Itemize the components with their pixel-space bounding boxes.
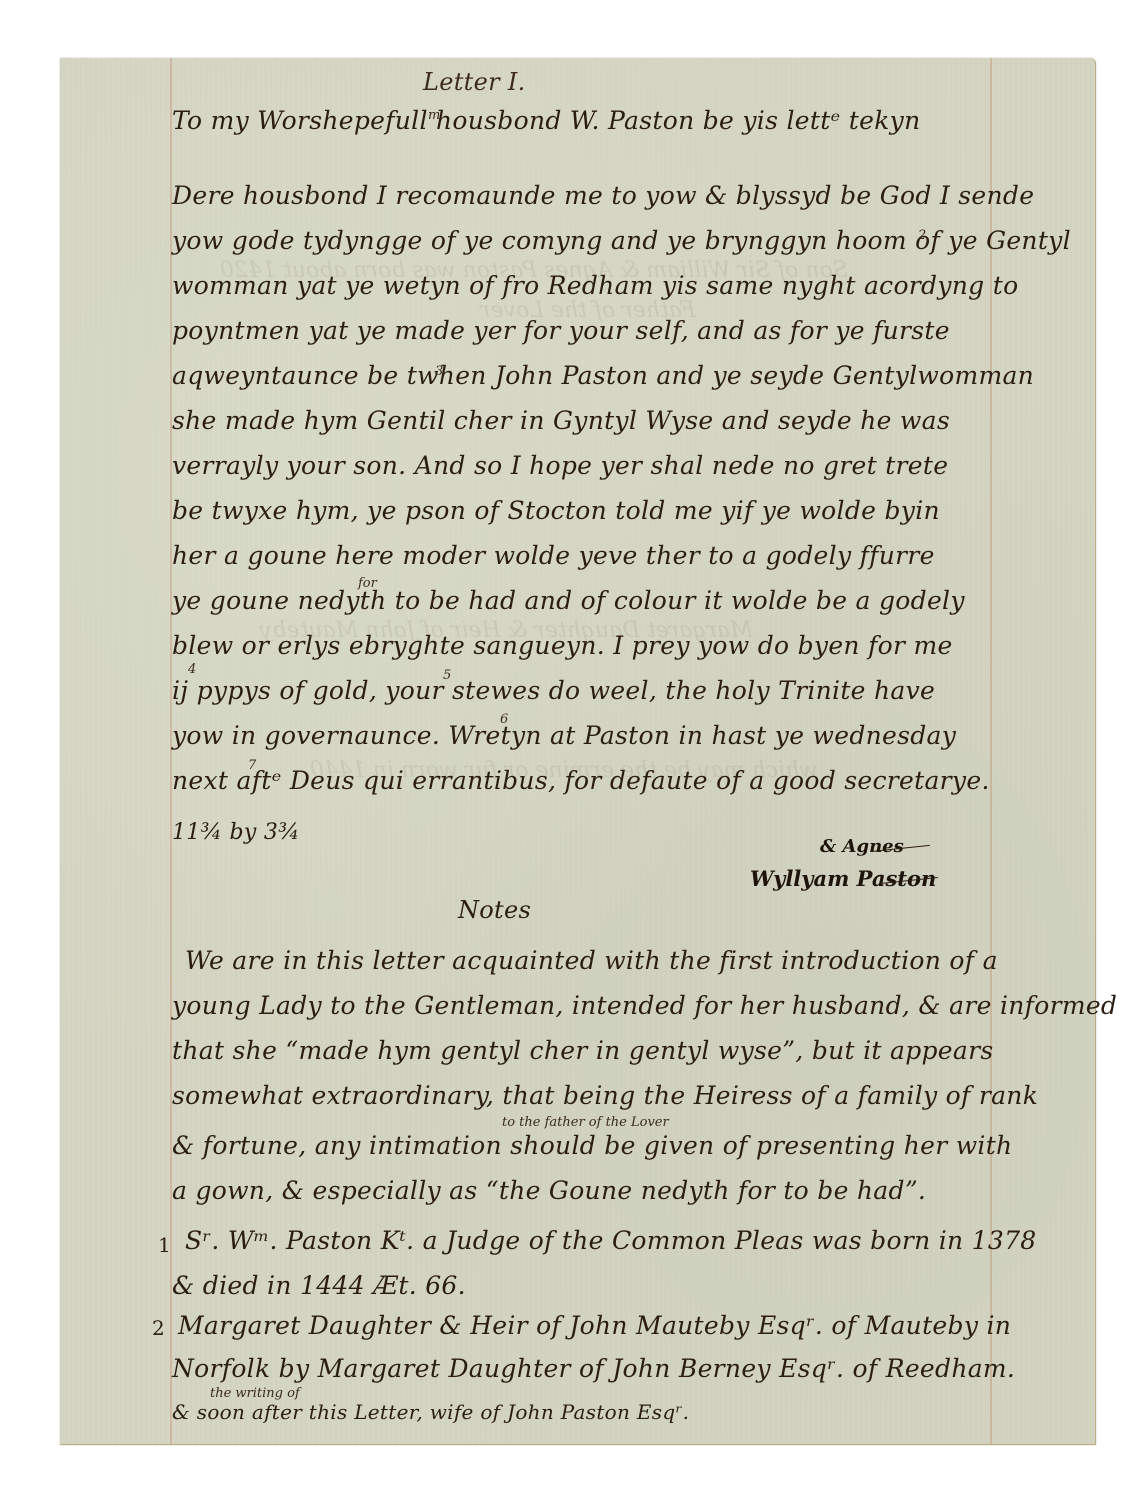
footnote-line: Margaret Daughter & Heir of John Mauteby… <box>178 1311 1011 1341</box>
letter-line: her a goune here moder wolde yeve ther t… <box>172 541 935 571</box>
letter-line: blew or erlys ebryghte sangueyn. I prey … <box>172 631 953 661</box>
footnote-line: & soon after this Letter, wife of John P… <box>172 1400 689 1424</box>
interlinear-insertion: for <box>358 576 377 591</box>
letter-line: aqweyntaunce be twhen John Paston and ye… <box>172 361 1034 391</box>
letter-line: yow gode tydyngge of ye comyng and ye br… <box>172 226 1071 256</box>
footnote-marker: 2 <box>918 228 926 243</box>
footnote-marker: 5 <box>443 668 451 683</box>
letter-line: yow in governaunce. Wretyn at Paston in … <box>172 721 956 751</box>
notes-line: We are in this letter acquainted with th… <box>185 946 998 976</box>
notes-line: & fortune, any intimation should be give… <box>172 1131 1012 1161</box>
notes-line: that she “made hym gentyl cher in gentyl… <box>172 1036 994 1066</box>
interlinear-insertion: the writing of <box>210 1386 300 1401</box>
dimensions-note: 11¾ by 3¾ <box>172 820 300 845</box>
footnote-marker: 6 <box>500 712 508 727</box>
footnote-line: Sʳ. Wᵐ. Paston Kᵗ. a Judge of the Common… <box>185 1226 1036 1256</box>
letter-line: womman yat ye wetyn of fro Redham yis sa… <box>172 271 1018 301</box>
letter-line: poyntmen yat ye made yer for your self, … <box>172 316 950 346</box>
footnote-line: & died in 1444 Æt. 66. <box>172 1271 466 1301</box>
notes-heading: Notes <box>458 896 531 924</box>
letter-line: ij pypys of gold, your stewes do weel, t… <box>172 676 935 706</box>
signature-line-1: & Agnes <box>820 836 904 857</box>
footnote-marker: 4 <box>188 662 196 677</box>
letter-line: ye goune nedyth to be had and of colour … <box>172 586 965 616</box>
footnote-line: Norfolk by Margaret Daughter of John Ber… <box>172 1354 1015 1384</box>
notes-line: young Lady to the Gentleman, intended fo… <box>172 991 1117 1021</box>
letter-title: Letter I. <box>423 68 526 96</box>
superscript-marker: m <box>428 108 440 123</box>
letter-line: Dere housbond I recomaunde me to yow & b… <box>172 181 1034 211</box>
letter-line: verrayly your son. And so I hope yer sha… <box>172 451 948 481</box>
notes-line: a gown, & especially as “the Goune nedyt… <box>172 1176 926 1206</box>
footnote-number: 2 <box>152 1316 165 1340</box>
footnote-marker: 3 <box>435 364 443 379</box>
letter-line: she made hym Gentil cher in Gyntyl Wyse … <box>172 406 950 436</box>
interlinear-insertion: to the father of the Lover <box>502 1115 669 1130</box>
footnote-marker: 7 <box>248 758 256 773</box>
manuscript-page: Son of Sir William & Agnes Paston was bo… <box>60 58 1096 1445</box>
letter-line: be twyxe hym, ye pson of Stocton told me… <box>172 496 940 526</box>
notes-line: somewhat extraordinary, that being the H… <box>172 1081 1038 1111</box>
footnote-number: 1 <box>158 1233 171 1257</box>
signature-line-2: Wyllyam Paston <box>750 866 936 891</box>
letter-line: next aftᵉ Deus qui errantibus, for defau… <box>172 766 990 796</box>
address-line: To my Worshepefull housbond W. Paston be… <box>172 106 920 136</box>
